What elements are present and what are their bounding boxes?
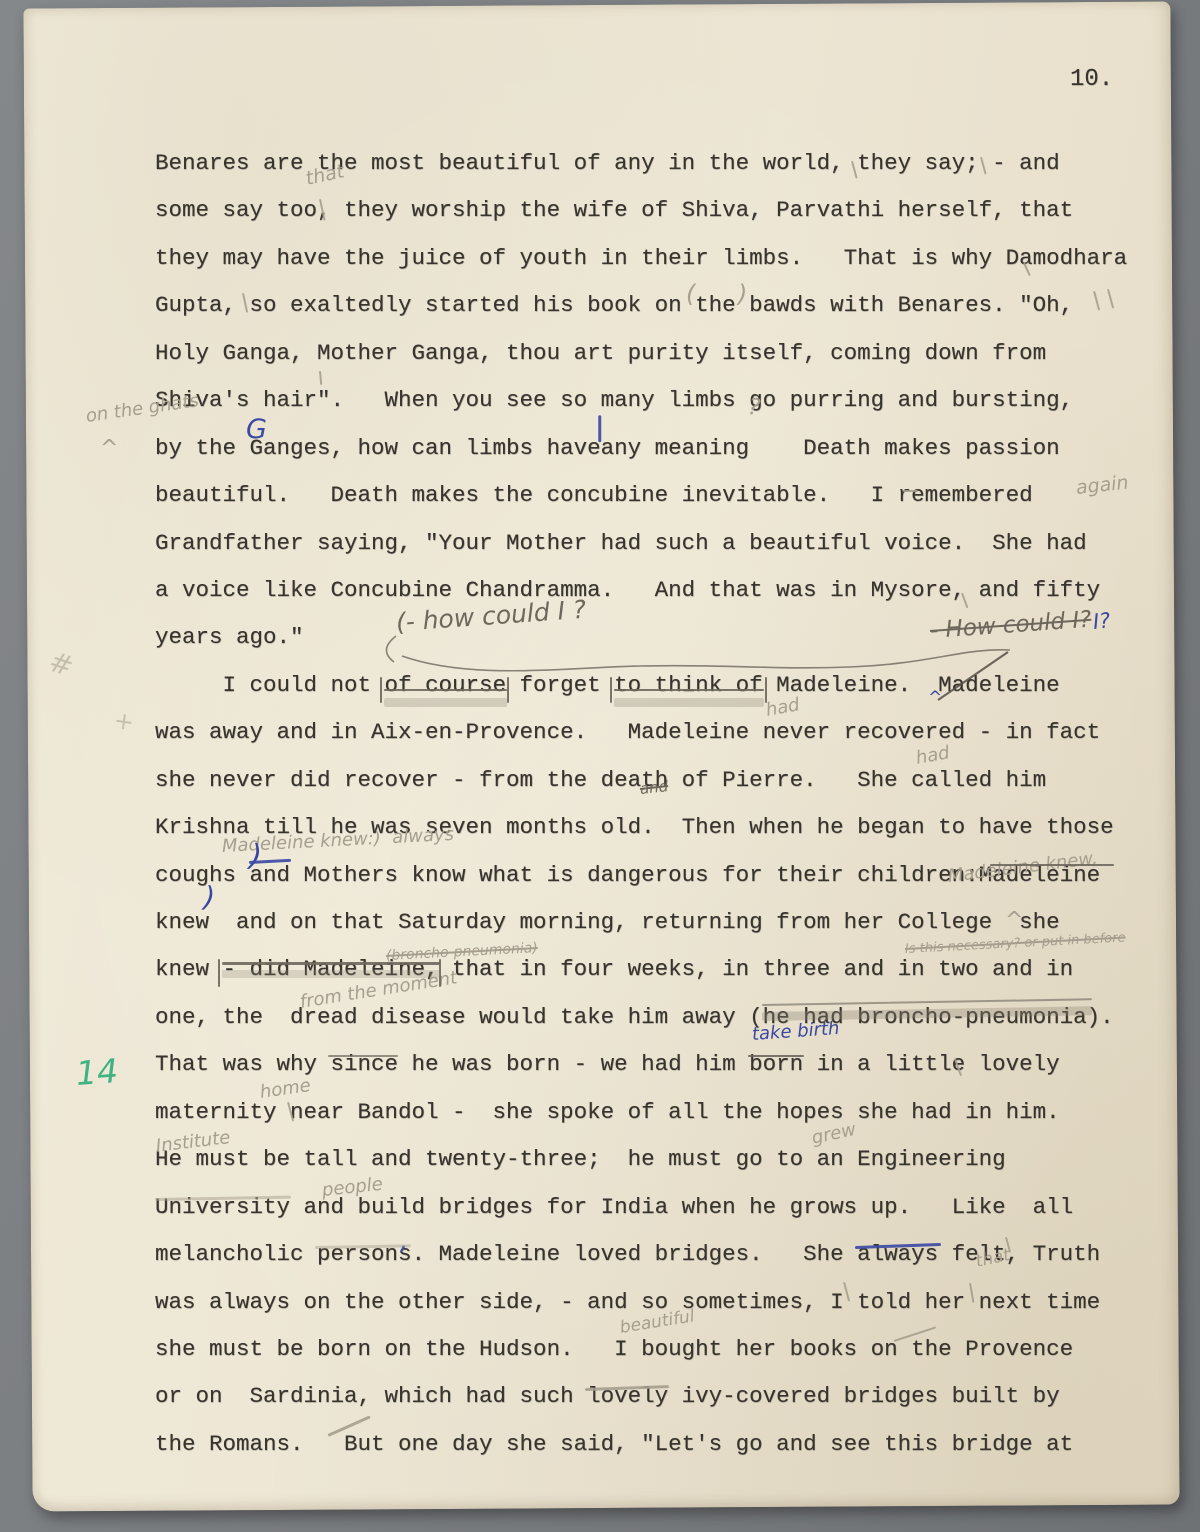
typed-line-23: University and build bridges for India w… <box>155 1184 1155 1231</box>
typed-line-26: she must be born on the Hudson. I bought… <box>155 1326 1155 1373</box>
edit-mark <box>380 677 382 703</box>
scribble-and: and <box>639 777 669 798</box>
edit-mark <box>903 490 918 492</box>
margin-14: 14 <box>75 1051 120 1093</box>
typed-line-8: beautiful. Death makes the concubine ine… <box>155 472 1155 519</box>
edit-mark <box>507 677 509 703</box>
paren-open-the: ( <box>686 280 695 308</box>
typed-line-5: Holy Ganga, Mother Ganga, thou art purit… <box>155 330 1155 377</box>
manuscript-scan: 10. Benares are the most beautiful of an… <box>0 0 1200 1532</box>
edit-mark <box>765 677 767 703</box>
typed-line-1: Benares are the most beautiful of any in… <box>155 140 1155 187</box>
typed-line-6: Shiva's hair". When you see so many limb… <box>155 377 1155 424</box>
typed-line-3: they may have the juice of youth in thei… <box>155 235 1155 282</box>
caret-after-madeleine: ^ <box>928 688 942 708</box>
typed-line-2: some say too, they worship the wife of S… <box>155 187 1155 234</box>
blue-comma-persons: , <box>400 1226 408 1256</box>
typed-line-28: the Romans. But one day she said, "Let's… <box>155 1421 1155 1468</box>
edit-mark <box>218 959 220 987</box>
note-how-could-i-blue: I? <box>1092 608 1112 634</box>
typed-lines: Benares are the most beautiful of any in… <box>155 140 1155 1468</box>
edit-mark <box>599 415 602 442</box>
typed-line-7: by the Ganges, how can limbs haveany mea… <box>155 425 1155 472</box>
typed-line-27: or on Sardinia, which had such lovely iv… <box>155 1373 1155 1420</box>
edit-mark <box>384 698 507 707</box>
edit-mark <box>990 864 1114 866</box>
edit-mark <box>328 1055 398 1057</box>
caret-ghats: ^ <box>100 436 118 461</box>
edit-mark <box>748 1055 804 1057</box>
paren-close-the: ) <box>738 280 747 308</box>
caret-college: ^ <box>1005 908 1023 933</box>
typed-line-10: a voice like Concubine Chandramma. And t… <box>155 567 1155 614</box>
edit-mark <box>614 689 764 691</box>
edit-mark <box>614 698 764 707</box>
typed-line-4: Gupta, so exaltedly started his book on … <box>155 282 1155 329</box>
page-number: 10. <box>1070 66 1113 93</box>
edit-mark <box>384 689 507 691</box>
typed-line-13: was away and in Aix-en-Provence. Madelei… <box>155 709 1155 756</box>
edit-mark <box>222 970 440 978</box>
margin-plus: + <box>112 706 136 737</box>
typed-line-22: He must be tall and twenty-three; he mus… <box>155 1136 1155 1183</box>
blue-bracket-knew: ) <box>203 880 216 914</box>
edit-mark <box>610 677 612 703</box>
blue-g-ganges: G <box>246 414 267 445</box>
edit-mark <box>222 962 440 965</box>
typed-line-9: Grandfather saying, "Your Mother had suc… <box>155 520 1155 567</box>
